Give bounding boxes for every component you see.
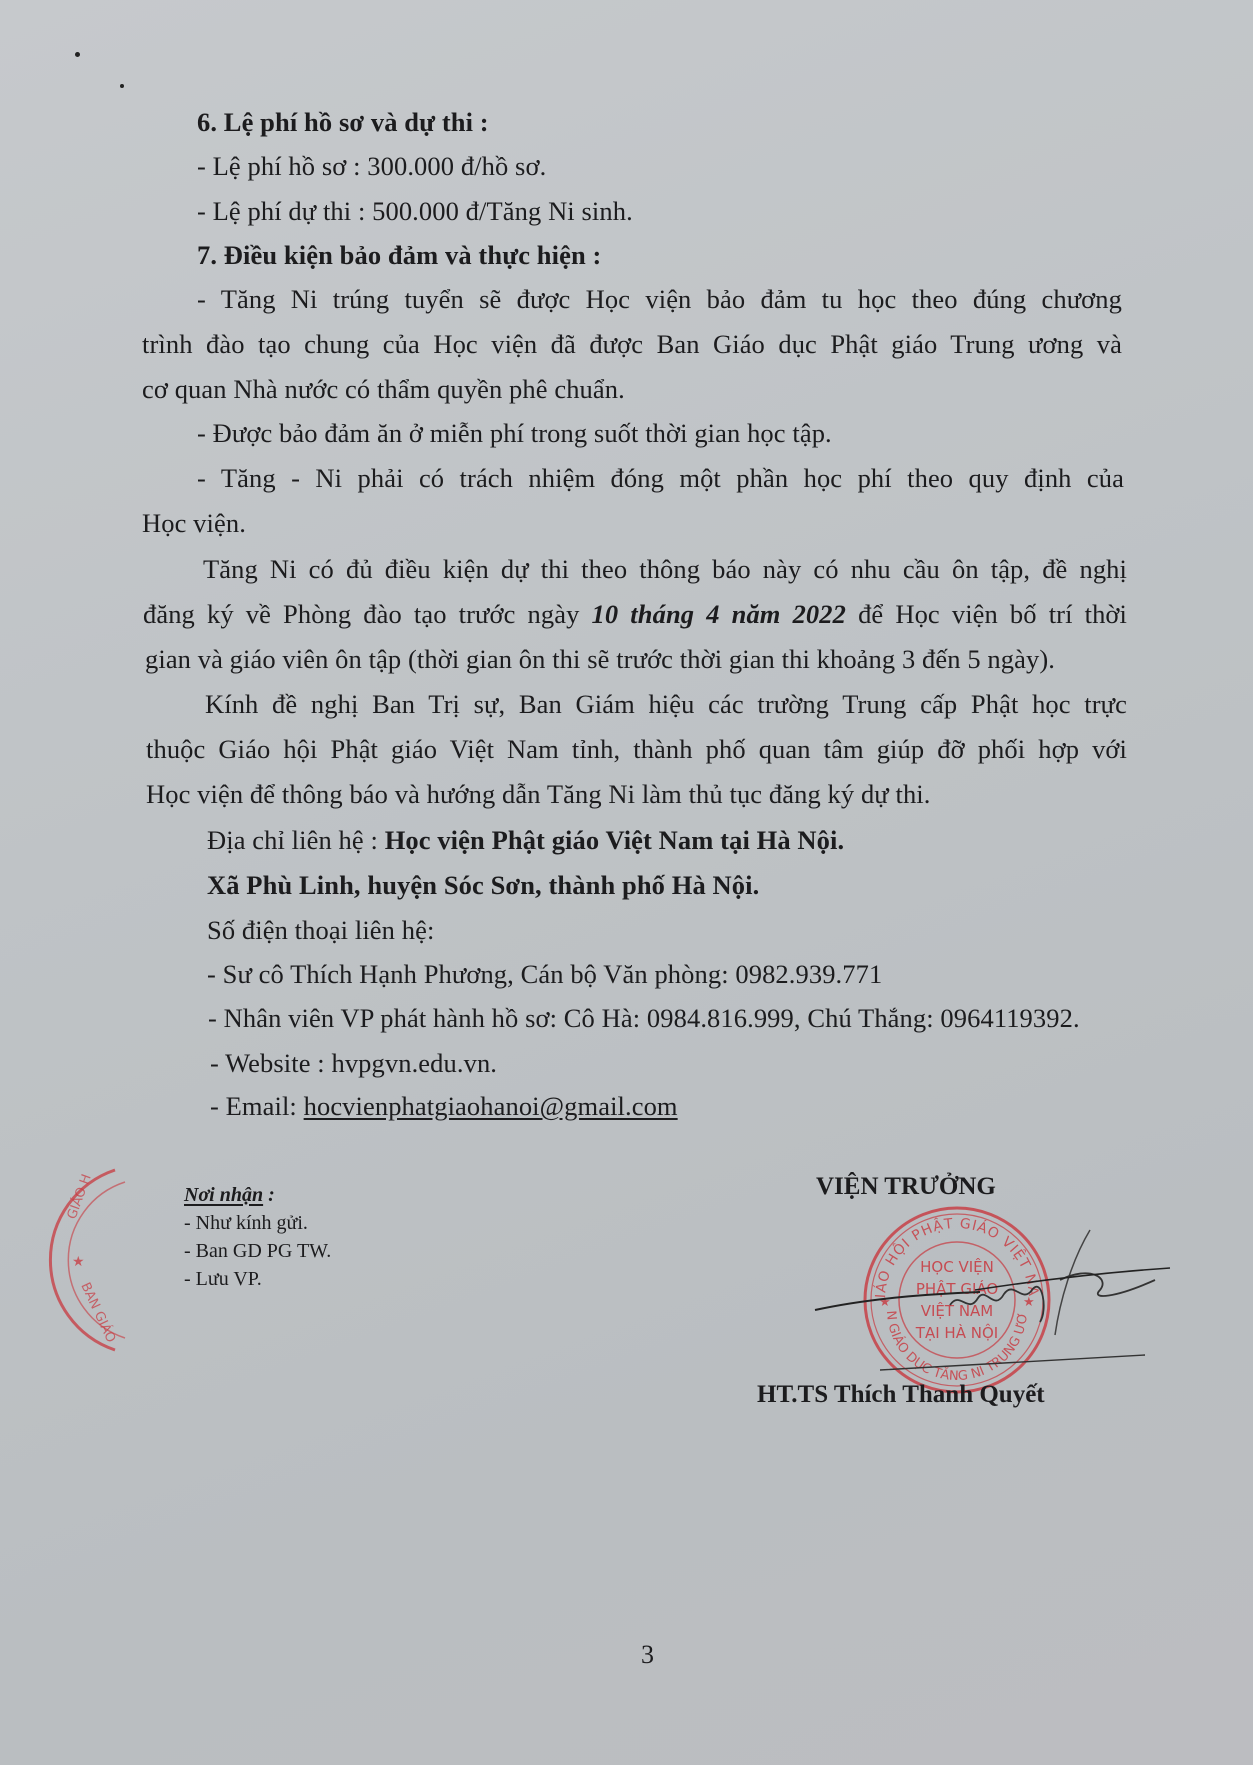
- contact-email: - Email: hocvienphatgiaohanoi@gmail.com: [210, 1090, 678, 1122]
- section-7-paragraph-1-line-1: - Tăng Ni trúng tuyển sẽ được Học viện b…: [197, 283, 1122, 315]
- contact-phone-2: - Nhân viên VP phát hành hồ sơ: Cô Hà: 0…: [208, 1002, 1080, 1034]
- recipient-item: - Ban GD PG TW.: [184, 1238, 331, 1265]
- contact-email-link[interactable]: hocvienphatgiaohanoi@gmail.com: [304, 1091, 678, 1121]
- request-line-1: Kính đề nghị Ban Trị sự, Ban Giám hiệu c…: [205, 688, 1127, 720]
- request-line-3: Học viện để thông báo và hướng dẫn Tăng …: [146, 778, 930, 810]
- review-line-2-text: đăng ký về Phòng đào tạo trước ngày: [143, 599, 592, 629]
- speck-mark: [75, 52, 80, 57]
- svg-text:BAN GIÁO: BAN GIÁO: [77, 1280, 119, 1345]
- contact-phone-1: - Sư cô Thích Hạnh Phương, Cán bộ Văn ph…: [207, 958, 882, 990]
- contact-email-label: - Email:: [210, 1091, 304, 1121]
- contact-address-label: Địa chỉ liên hệ :: [207, 825, 385, 855]
- contact-phone-label: Số điện thoại liên hệ:: [207, 914, 434, 946]
- section-7-paragraph-3-line-2: Học viện.: [142, 507, 246, 539]
- speck-mark: [120, 84, 124, 88]
- signature-title: VIỆN TRƯỞNG: [816, 1173, 996, 1201]
- signatory-name: HT.TS Thích Thanh Quyết: [757, 1381, 1045, 1409]
- recipient-item: - Lưu VP.: [184, 1266, 262, 1293]
- contact-institution-name: Học viện Phật giáo Việt Nam tại Hà Nội.: [385, 825, 845, 855]
- review-line-1: Tăng Ni có đủ điều kiện dự thi theo thôn…: [203, 553, 1127, 585]
- section-7-paragraph-1-line-3: cơ quan Nhà nước có thẩm quyền phê chuẩn…: [142, 373, 625, 405]
- fee-dossier: - Lệ phí hồ sơ : 300.000 đ/hồ sơ.: [197, 150, 546, 182]
- request-line-2: thuộc Giáo hội Phật giáo Việt Nam tỉnh, …: [146, 733, 1127, 765]
- review-line-2-tail: để Học viện bố trí thời: [846, 599, 1127, 629]
- review-line-3: gian và giáo viên ôn tập (thời gian ôn t…: [145, 643, 1055, 675]
- review-line-2: đăng ký về Phòng đào tạo trước ngày 10 t…: [143, 598, 1127, 630]
- contact-address-line: Xã Phù Linh, huyện Sóc Sơn, thành phố Hà…: [207, 869, 759, 901]
- section-6-heading: 6. Lệ phí hồ sơ và dự thi :: [197, 106, 489, 138]
- fee-exam: - Lệ phí dự thi : 500.000 đ/Tăng Ni sinh…: [197, 195, 633, 227]
- contact-address: Địa chỉ liên hệ : Học viện Phật giáo Việ…: [207, 824, 844, 856]
- handwritten-signature-icon: [810, 1220, 1170, 1380]
- recipients-colon: :: [263, 1184, 275, 1206]
- section-7-paragraph-3-line-1: - Tăng - Ni phải có trách nhiệm đóng một…: [197, 462, 1124, 494]
- contact-website[interactable]: - Website : hvpgvn.edu.vn.: [210, 1047, 497, 1079]
- recipient-item: - Như kính gửi.: [184, 1210, 308, 1237]
- section-7-paragraph-2: - Được bảo đảm ăn ở miễn phí trong suốt …: [197, 417, 832, 449]
- page-number: 3: [641, 1640, 654, 1670]
- svg-text:GIÁO H: GIÁO H: [64, 1172, 95, 1221]
- left-stamp-icon: GIÁO H ★ BAN GIÁO: [55, 1160, 195, 1360]
- review-deadline-date: 10 tháng 4 năm 2022: [592, 599, 846, 629]
- recipients-label: Nơi nhận: [184, 1184, 263, 1206]
- section-7-paragraph-1-line-2: trình đào tạo chung của Học viện đã được…: [142, 328, 1122, 360]
- svg-text:★: ★: [72, 1254, 85, 1270]
- recipients-title: Nơi nhận :: [184, 1182, 275, 1209]
- section-7-heading: 7. Điều kiện bảo đảm và thực hiện :: [197, 239, 601, 271]
